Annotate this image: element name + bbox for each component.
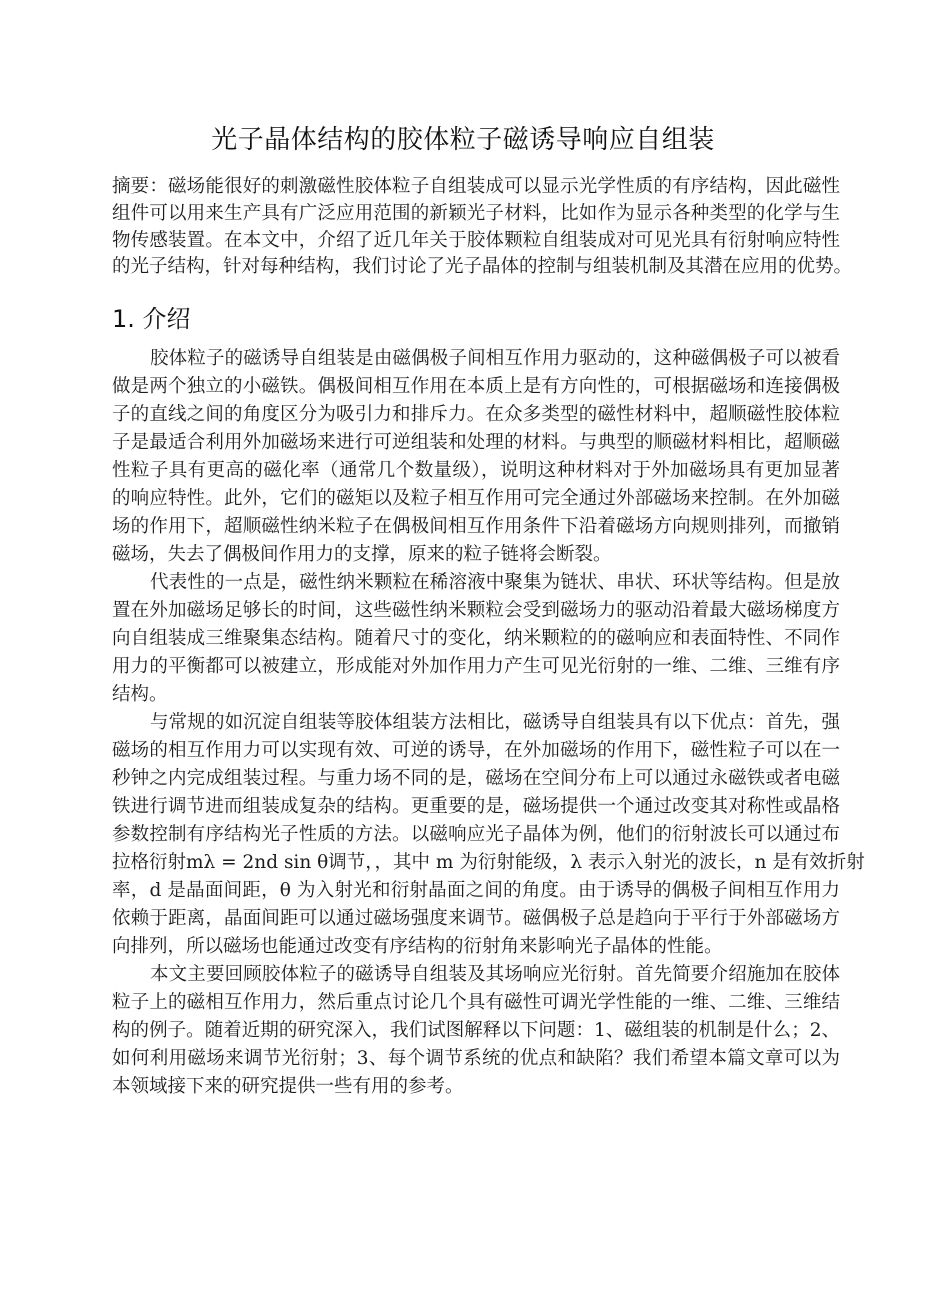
body-line: 向排列，所以磁场也能通过改变有序结构的衍射角来影响光子晶体的性能。 [112, 933, 840, 960]
body-line: 用力的平衡都可以被建立，形成能对外加作用力产生可见光衍射的一维、二维、三维有序 [112, 653, 840, 680]
body-line: 磁场，失去了偶极间作用力的支撑，原来的粒子链将会断裂。 [112, 541, 840, 568]
body-line: 的响应特性。此外，它们的磁矩以及粒子相互作用可完全通过外部磁场来控制。在外加磁 [112, 485, 840, 512]
body-line: 秒钟之内完成组装过程。与重力场不同的是，磁场在空间分布上可以通过永磁铁或者电磁 [112, 765, 840, 792]
body-line: 子是最适合利用外加磁场来进行可逆组装和处理的材料。与典型的顺磁材料相比，超顺磁 [112, 429, 840, 456]
body-line: 做是两个独立的小磁铁。偶极间相互作用在本质上是有方向性的，可根据磁场和连接偶极 [112, 373, 840, 400]
body-line: 如何利用磁场来调节光衍射；3、每个调节系统的优点和缺陷？我们希望本篇文章可以为 [112, 1045, 840, 1072]
body-line: 场的作用下，超顺磁性纳米粒子在偶极间相互作用条件下沿着磁场方向规则排列，而撤销 [112, 513, 840, 540]
body-line: 结构。 [112, 681, 840, 708]
body-line: 子的直线之间的角度区分为吸引力和排斥力。在众多类型的磁性材料中，超顺磁性胶体粒 [112, 401, 840, 428]
abstract-line: 摘要：磁场能很好的刺激磁性胶体粒子自组装成可以显示光学性质的有序结构，因此磁性 [112, 173, 840, 200]
body-line: 向自组装成三维聚集态结构。随着尺寸的变化，纳米颗粒的的磁响应和表面特性、不同作 [112, 625, 840, 652]
body-line: 胶体粒子的磁诱导自组装是由磁偶极子间相互作用力驱动的，这种磁偶极子可以被看 [112, 345, 840, 372]
body-line: 率，d 是晶面间距，θ 为入射光和衍射晶面之间的角度。由于诱导的偶极子间相互作用… [112, 877, 840, 904]
body-line: 本领域接下来的研究提供一些有用的参考。 [112, 1073, 840, 1100]
document-page: 光子晶体结构的胶体粒子磁诱导响应自组装 摘要：磁场能很好的刺激磁性胶体粒子自组装… [0, 0, 926, 1309]
body-line: 代表性的一点是，磁性纳米颗粒在稀溶液中聚集为链状、串状、环状等结构。但是放 [112, 569, 840, 596]
body-line: 磁场的相互作用力可以实现有效、可逆的诱导，在外加磁场的作用下，磁性粒子可以在一 [112, 737, 840, 764]
body-line: 置在外加磁场足够长的时间，这些磁性纳米颗粒会受到磁场力的驱动沿着最大磁场梯度方 [112, 597, 840, 624]
body-line: 性粒子具有更高的磁化率（通常几个数量级），说明这种材料对于外加磁场具有更加显著 [112, 457, 840, 484]
abstract-line: 的光子结构，针对每种结构，我们讨论了光子晶体的控制与组装机制及其潜在应用的优势。 [112, 253, 840, 280]
body-line: 粒子上的磁相互作用力，然后重点讨论几个具有磁性可调光学性能的一维、二维、三维结 [112, 989, 840, 1016]
body-line: 拉格衍射mλ = 2nd sin θ调节，，其中 m 为衍射能级，λ 表示入射光… [112, 849, 840, 876]
body-line: 构的例子。随着近期的研究深入，我们试图解释以下问题：1、磁组装的机制是什么；2、 [112, 1017, 840, 1044]
abstract-line: 物传感装置。在本文中，介绍了近几年关于胶体颗粒自组装成对可见光具有衍射响应特性 [112, 227, 840, 254]
body-line: 铁进行调节进而组装成复杂的结构。更重要的是，磁场提供一个通过改变其对称性或晶格 [112, 793, 840, 820]
body-line: 本文主要回顾胶体粒子的磁诱导自组装及其场响应光衍射。首先简要介绍施加在胶体 [112, 961, 840, 988]
abstract-line: 组件可以用来生产具有广泛应用范围的新颖光子材料，比如作为显示各种类型的化学与生 [112, 200, 840, 227]
body-line: 与常规的如沉淀自组装等胶体组装方法相比，磁诱导自组装具有以下优点：首先，强 [112, 709, 840, 736]
body-line: 参数控制有序结构光子性质的方法。以磁响应光子晶体为例，他们的衍射波长可以通过布 [112, 821, 840, 848]
body-line: 依赖于距离，晶面间距可以通过磁场强度来调节。磁偶极子总是趋向于平行于外部磁场方 [112, 905, 840, 932]
document-title: 光子晶体结构的胶体粒子磁诱导响应自组装 [0, 120, 926, 160]
section-heading: 1. 介绍 [112, 302, 191, 336]
